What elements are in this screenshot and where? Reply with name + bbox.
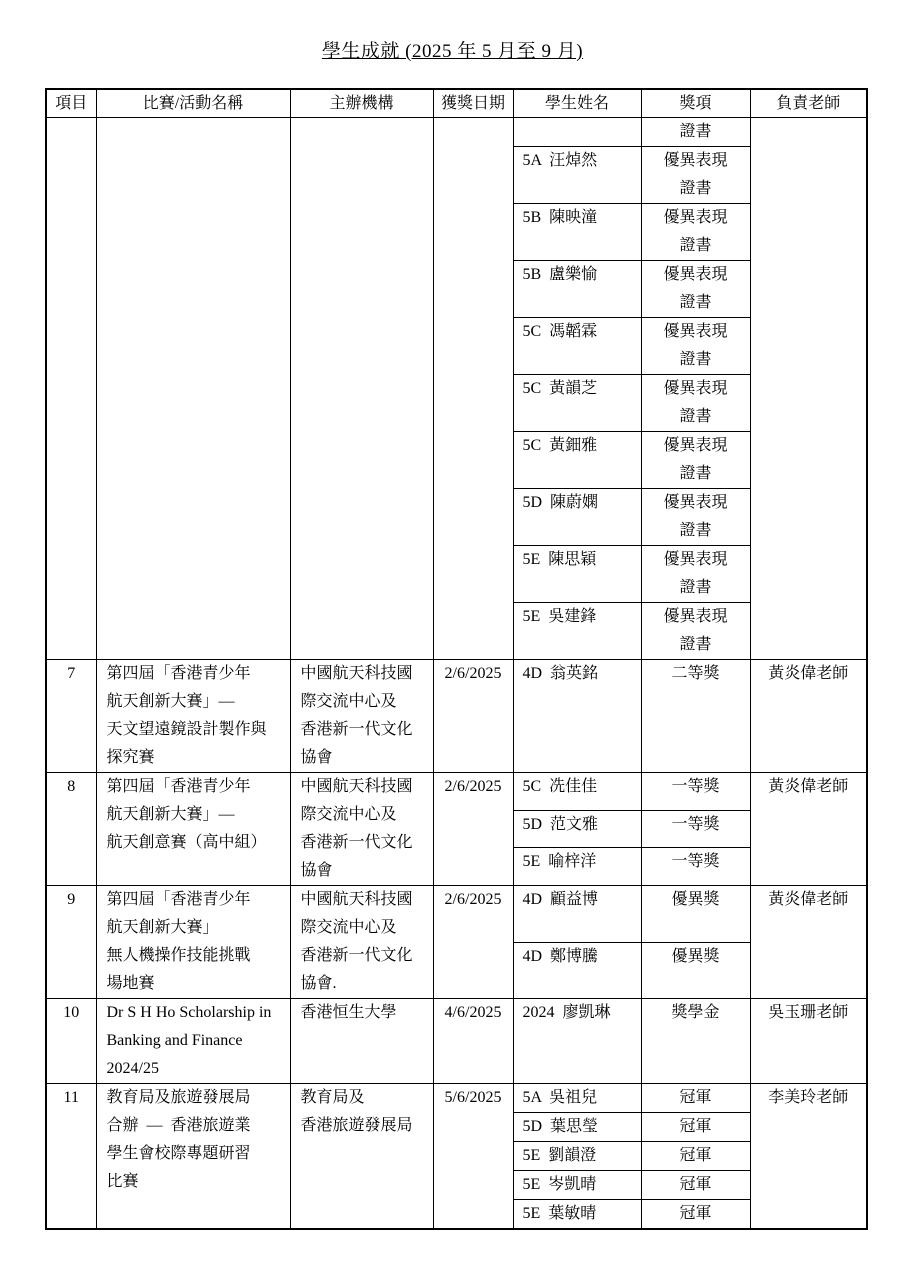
text-line: 證書	[642, 631, 750, 659]
student-name-cell: 2024 廖凱琳	[513, 999, 641, 1084]
text-line: 合辦 — 香港旅遊業	[107, 1112, 286, 1140]
student-name-cell: 5E 葉敏晴	[513, 1200, 641, 1230]
text-line: 比賽	[107, 1168, 286, 1196]
table-row: 7第四屆「香港青少年航天創新大賽」—天文望遠鏡設計製作與探究賽中國航天科技國際交…	[46, 660, 867, 773]
text-line: 冠軍	[642, 1142, 750, 1170]
text-line: 一等獎	[642, 848, 750, 876]
award-cell: 證書	[641, 118, 750, 147]
teacher-cell	[750, 118, 867, 660]
award-date-cell: 2/6/2025	[433, 773, 513, 886]
student-name-cell: 5A 吳祖兒	[513, 1084, 641, 1113]
item-number-cell: 7	[46, 660, 96, 773]
activity-name-cell	[96, 118, 290, 660]
organizer-cell: 中國航天科技國際交流中心及香港新一代文化協會	[290, 773, 433, 886]
award-cell: 優異獎	[641, 886, 750, 943]
text-line: Banking and Finance	[107, 1027, 286, 1055]
text-line: 天文望遠鏡設計製作與	[107, 716, 286, 744]
table-row: 11教育局及旅遊發展局合辦 — 香港旅遊業學生會校際專題研習比賽教育局及香港旅遊…	[46, 1084, 867, 1113]
activity-name-cell: 教育局及旅遊發展局合辦 — 香港旅遊業學生會校際專題研習比賽	[96, 1084, 290, 1230]
text-line: 證書	[642, 403, 750, 431]
award-cell: 一等獎	[641, 810, 750, 848]
activity-name-cell: 第四屆「香港青少年航天創新大賽」無人機操作技能挑戰場地賽	[96, 886, 290, 999]
text-line: 優異表現	[642, 489, 750, 517]
organizer-cell: 香港恒生大學	[290, 999, 433, 1084]
text-line: 中國航天科技國	[301, 660, 429, 688]
student-name-cell: 5E 劉韻澄	[513, 1142, 641, 1171]
award-cell: 優異表現證書	[641, 546, 750, 603]
text-line: 第四屆「香港青少年	[107, 660, 286, 688]
text-line: 航天創新大賽」	[107, 914, 286, 942]
award-cell: 優異表現證書	[641, 147, 750, 204]
text-line: 二等獎	[642, 660, 750, 688]
teacher-cell: 李美玲老師	[750, 1084, 867, 1230]
student-name-cell: 5D 葉思瑩	[513, 1113, 641, 1142]
text-line: 一等獎	[642, 773, 750, 801]
teacher-cell: 黃炎偉老師	[750, 773, 867, 886]
award-cell: 優異表現證書	[641, 432, 750, 489]
award-cell: 冠軍	[641, 1171, 750, 1200]
student-name-cell: 4D 翁英銘	[513, 660, 641, 773]
award-cell: 優異表現證書	[641, 489, 750, 546]
text-line: 冠軍	[642, 1171, 750, 1199]
award-cell: 一等獎	[641, 848, 750, 886]
table-row: 10Dr S H Ho Scholarship inBanking and Fi…	[46, 999, 867, 1084]
activity-name-cell: 第四屆「香港青少年航天創新大賽」—天文望遠鏡設計製作與探究賽	[96, 660, 290, 773]
text-line: 證書	[642, 118, 750, 146]
text-line: 優異表現	[642, 546, 750, 574]
text-line: 協會	[301, 744, 429, 772]
teacher-cell: 黃炎偉老師	[750, 660, 867, 773]
column-header-5: 學生姓名	[513, 89, 641, 118]
student-achievements-table: 項目比賽/活動名稱主辦機構獲獎日期學生姓名獎項負責老師 證書5A 汪焯然優異表現…	[45, 88, 868, 1230]
text-line: 優異表現	[642, 318, 750, 346]
organizer-cell: 中國航天科技國際交流中心及香港新一代文化協會	[290, 660, 433, 773]
award-cell: 冠軍	[641, 1142, 750, 1171]
award-cell: 優異表現證書	[641, 204, 750, 261]
text-line: 優異獎	[642, 943, 750, 971]
text-line: Dr S H Ho Scholarship in	[107, 999, 286, 1027]
text-line: 香港旅遊發展局	[301, 1112, 429, 1140]
text-line: 證書	[642, 289, 750, 317]
item-number-cell: 11	[46, 1084, 96, 1230]
text-line: 學生會校際專題研習	[107, 1140, 286, 1168]
award-date-cell: 4/6/2025	[433, 999, 513, 1084]
award-cell: 優異表現證書	[641, 603, 750, 660]
text-line: 獎學金	[642, 999, 750, 1027]
text-line: 香港恒生大學	[301, 999, 429, 1027]
text-line: 優異表現	[642, 375, 750, 403]
text-line: 優異表現	[642, 261, 750, 289]
text-line: 第四屆「香港青少年	[107, 773, 286, 801]
award-cell: 優異表現證書	[641, 318, 750, 375]
text-line: 證書	[642, 517, 750, 545]
column-header-2: 比賽/活動名稱	[96, 89, 290, 118]
award-date-cell: 2/6/2025	[433, 886, 513, 999]
text-line: 優異表現	[642, 603, 750, 631]
teacher-cell: 吳玉珊老師	[750, 999, 867, 1084]
student-name-cell: 5E 陳思穎	[513, 546, 641, 603]
student-name-cell: 5C 黃韻芝	[513, 375, 641, 432]
text-line: 協會.	[301, 970, 429, 998]
column-header-3: 主辦機構	[290, 89, 433, 118]
column-header-1: 項目	[46, 89, 96, 118]
text-line: 探究賽	[107, 744, 286, 772]
text-line: 冠軍	[642, 1200, 750, 1228]
text-line: 香港新一代文化	[301, 716, 429, 744]
item-number-cell: 10	[46, 999, 96, 1084]
organizer-cell: 教育局及香港旅遊發展局	[290, 1084, 433, 1230]
award-cell: 優異表現證書	[641, 261, 750, 318]
column-header-4: 獲獎日期	[433, 89, 513, 118]
student-name-cell: 5C 冼佳佳	[513, 773, 641, 811]
student-name-cell: 4D 顧益博	[513, 886, 641, 943]
student-name-cell: 5A 汪焯然	[513, 147, 641, 204]
column-header-7: 負責老師	[750, 89, 867, 118]
student-name-cell: 5D 陳蔚嫻	[513, 489, 641, 546]
text-line: 證書	[642, 460, 750, 488]
award-cell: 二等獎	[641, 660, 750, 773]
student-name-cell: 5C 黃鈿雅	[513, 432, 641, 489]
text-line: 航天創新大賽」—	[107, 688, 286, 716]
text-line: 一等獎	[642, 811, 750, 839]
text-line: 無人機操作技能挑戰	[107, 942, 286, 970]
activity-name-cell: Dr S H Ho Scholarship inBanking and Fina…	[96, 999, 290, 1084]
text-line: 證書	[642, 346, 750, 374]
student-name-cell: 5B 盧樂愉	[513, 261, 641, 318]
header-row: 項目比賽/活動名稱主辦機構獲獎日期學生姓名獎項負責老師	[46, 89, 867, 118]
text-line: 中國航天科技國	[301, 886, 429, 914]
award-date-cell: 5/6/2025	[433, 1084, 513, 1230]
text-line: 教育局及旅遊發展局	[107, 1084, 286, 1112]
text-line: 教育局及	[301, 1084, 429, 1112]
student-name-cell: 5E 岑凱晴	[513, 1171, 641, 1200]
item-number-cell: 8	[46, 773, 96, 886]
table-row: 證書	[46, 118, 867, 147]
student-name-cell: 5E 喻梓洋	[513, 848, 641, 886]
text-line: 冠軍	[642, 1084, 750, 1112]
item-number-cell: 9	[46, 886, 96, 999]
text-line: 航天創意賽（高中組）	[107, 829, 286, 857]
text-line: 證書	[642, 574, 750, 602]
text-line: 協會	[301, 857, 429, 885]
table-row: 9第四屆「香港青少年航天創新大賽」無人機操作技能挑戰場地賽中國航天科技國際交流中…	[46, 886, 867, 943]
award-date-cell	[433, 118, 513, 660]
text-line: 證書	[642, 232, 750, 260]
student-name-cell: 5B 陳映潼	[513, 204, 641, 261]
text-line: 際交流中心及	[301, 801, 429, 829]
text-line: 2024/25	[107, 1055, 286, 1083]
text-line: 冠軍	[642, 1113, 750, 1141]
student-name-cell: 4D 鄭博騰	[513, 942, 641, 999]
text-line: 際交流中心及	[301, 688, 429, 716]
award-cell: 一等獎	[641, 773, 750, 811]
table-body: 證書5A 汪焯然優異表現證書5B 陳映潼優異表現證書5B 盧樂愉優異表現證書5C…	[46, 118, 867, 1230]
text-line: 香港新一代文化	[301, 829, 429, 857]
award-cell: 獎學金	[641, 999, 750, 1084]
text-line: 香港新一代文化	[301, 942, 429, 970]
text-line: 優異表現	[642, 204, 750, 232]
organizer-cell	[290, 118, 433, 660]
award-cell: 優異表現證書	[641, 375, 750, 432]
award-cell: 冠軍	[641, 1113, 750, 1142]
student-name-cell	[513, 118, 641, 147]
teacher-cell: 黃炎偉老師	[750, 886, 867, 999]
activity-name-cell: 第四屆「香港青少年航天創新大賽」—航天創意賽（高中組）	[96, 773, 290, 886]
text-line: 中國航天科技國	[301, 773, 429, 801]
text-line: 第四屆「香港青少年	[107, 886, 286, 914]
text-line: 際交流中心及	[301, 914, 429, 942]
student-name-cell: 5C 馮韜霖	[513, 318, 641, 375]
table-row: 8第四屆「香港青少年航天創新大賽」—航天創意賽（高中組）中國航天科技國際交流中心…	[46, 773, 867, 811]
text-line: 優異獎	[642, 886, 750, 914]
column-header-6: 獎項	[641, 89, 750, 118]
text-line: 場地賽	[107, 970, 286, 998]
student-name-cell: 5E 吳建鋒	[513, 603, 641, 660]
award-date-cell: 2/6/2025	[433, 660, 513, 773]
award-cell: 冠軍	[641, 1084, 750, 1113]
text-line: 優異表現	[642, 432, 750, 460]
text-line: 證書	[642, 175, 750, 203]
page-title: 學生成就 (2025 年 5 月至 9 月)	[0, 36, 905, 63]
item-number-cell	[46, 118, 96, 660]
organizer-cell: 中國航天科技國際交流中心及香港新一代文化協會.	[290, 886, 433, 999]
text-line: 優異表現	[642, 147, 750, 175]
student-name-cell: 5D 范文雅	[513, 810, 641, 848]
award-cell: 優異獎	[641, 942, 750, 999]
award-cell: 冠軍	[641, 1200, 750, 1230]
text-line: 航天創新大賽」—	[107, 801, 286, 829]
